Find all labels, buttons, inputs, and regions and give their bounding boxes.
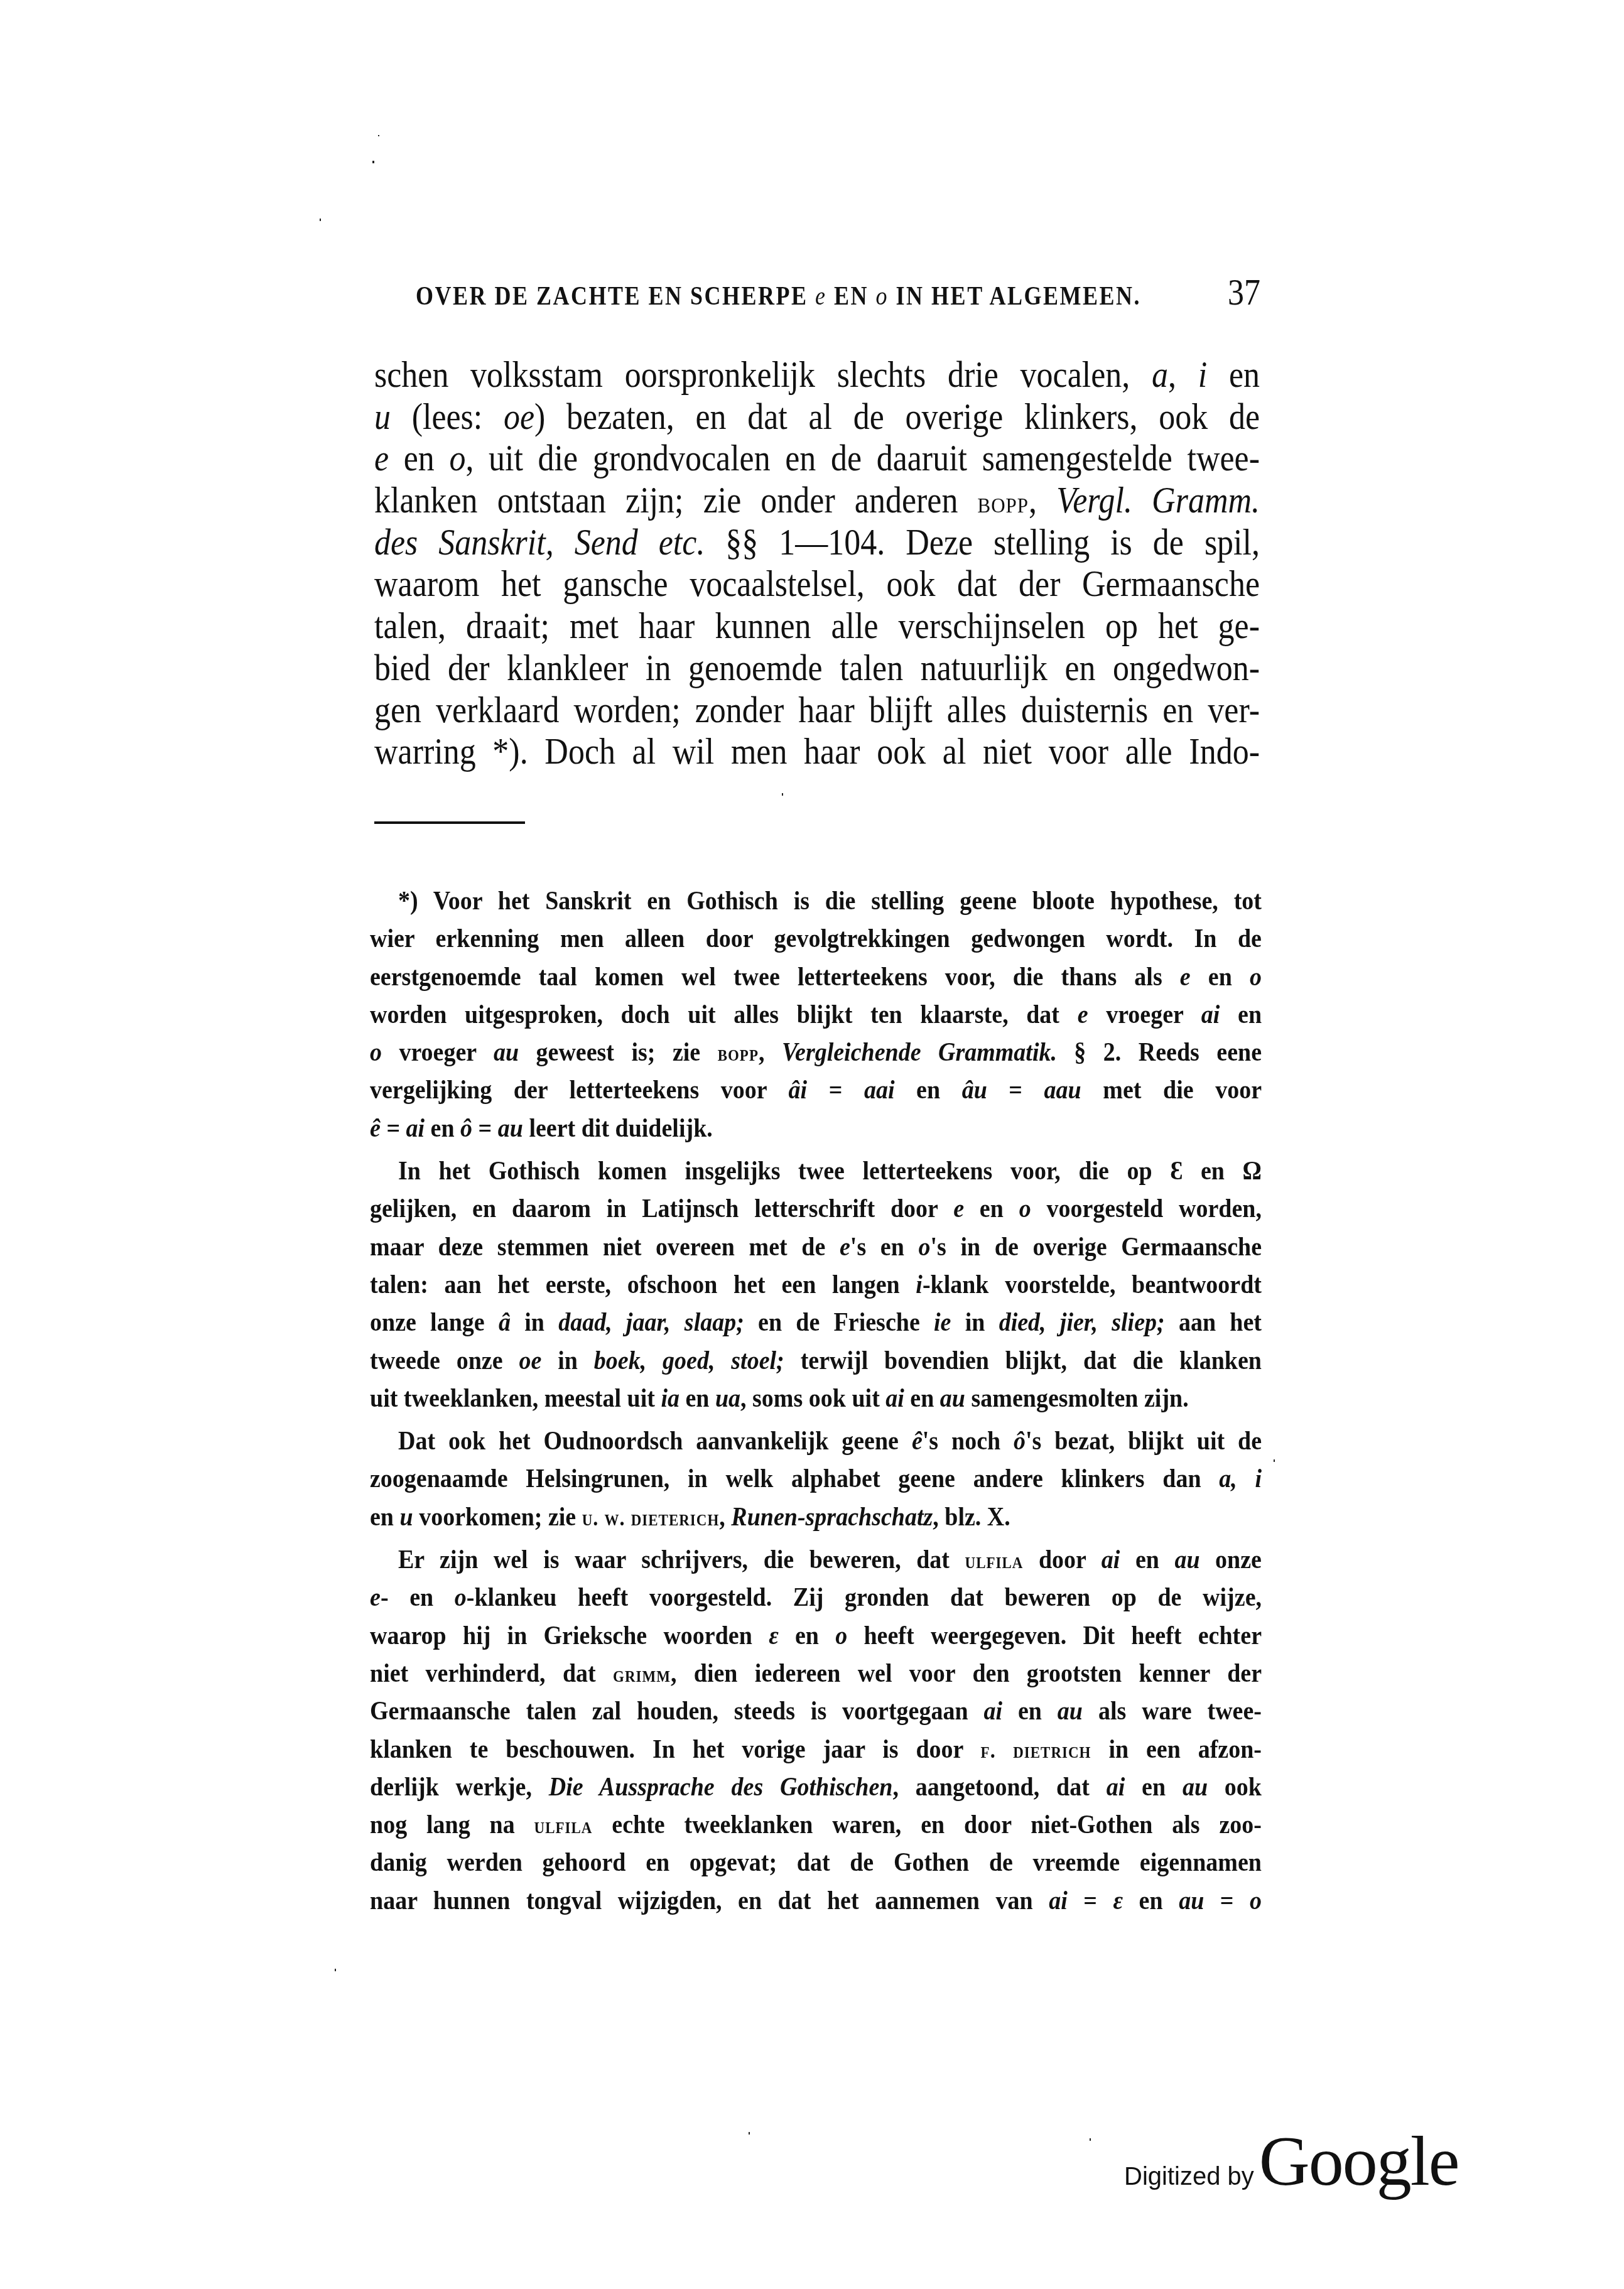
italic-run: ê xyxy=(370,1113,381,1143)
italic-run: a, i xyxy=(1219,1464,1262,1494)
footnote-line: onze lange â in daad, jaar, slaap; en de… xyxy=(370,1302,1262,1345)
text-run: uit tweeklanken, meestal uit xyxy=(370,1383,661,1413)
running-head-title-part: OVER DE ZACHTE EN SCHERPE xyxy=(416,281,815,310)
text-run: in xyxy=(951,1308,999,1338)
text-run: nog lang na xyxy=(370,1810,534,1840)
main-body-text: schen volksstam oorspronkelijk slechts d… xyxy=(374,355,1260,774)
footnote-line: naar hunnen tongval wijzigden, en dat he… xyxy=(370,1880,1262,1922)
italic-run: ai xyxy=(1049,1886,1068,1915)
scan-speck xyxy=(335,1969,336,1971)
text-run: zoogenaamde Helsingrunen, in welk alphab… xyxy=(370,1464,1219,1494)
text-run: en xyxy=(389,439,449,479)
text-run: onze xyxy=(1200,1545,1262,1575)
text-run: geweest is; zie xyxy=(519,1038,718,1068)
text-run: in een afzon- xyxy=(1091,1734,1262,1764)
italic-run: au xyxy=(1174,1545,1199,1575)
text-run: klanken ontstaan zijn; zie onder anderen xyxy=(374,481,978,521)
body-text-line: des Sanskrit, Send etc. §§ 1—104. Deze s… xyxy=(374,520,1260,567)
text-run: leert dit duidelijk. xyxy=(523,1113,713,1143)
footnote-line: vergelijking der letterteekens voor âi =… xyxy=(370,1069,1262,1112)
text-run: = xyxy=(987,1076,1044,1105)
italic-run: i xyxy=(1198,355,1207,395)
italic-run: o xyxy=(455,1583,467,1613)
text-run: -klank voorstelde, beantwoordt xyxy=(923,1270,1262,1299)
text-run: in xyxy=(541,1346,593,1375)
small-caps-name: bopp xyxy=(718,1041,759,1066)
text-run: , dien iedereen wel voor den grootsten k… xyxy=(671,1659,1262,1688)
google-logo-wordmark: Google xyxy=(1259,2121,1459,2202)
italic-run: âu xyxy=(962,1076,987,1105)
footnote-line: worden uitgesproken, doch uit alles blij… xyxy=(370,993,1262,1036)
italic-run: au xyxy=(498,1113,523,1143)
italic-run: ai xyxy=(1102,1545,1120,1575)
text-run: 's bezat, blijkt uit de xyxy=(1026,1427,1262,1456)
italic-run: ai xyxy=(885,1383,904,1413)
footnote-line: Er zijn wel is waar schrijvers, die bewe… xyxy=(370,1539,1262,1581)
small-caps-name: bopp xyxy=(978,485,1029,519)
digitized-by-label: Digitized by xyxy=(1124,2163,1254,2191)
footnote-line: talen: aan het eerste, ofschoon het een … xyxy=(370,1264,1262,1306)
italic-run: ô xyxy=(460,1113,472,1143)
text-run: = xyxy=(381,1113,406,1143)
text-run: en xyxy=(679,1383,715,1413)
italic-run: au xyxy=(1058,1697,1083,1726)
footnote-line: eerstgenoemde taal komen wel twee letter… xyxy=(370,956,1262,998)
scan-speck xyxy=(378,135,379,136)
text-run: klanken te beschouwen. In het vorige jaa… xyxy=(370,1734,981,1764)
text-run: onze lange xyxy=(370,1308,499,1338)
italic-run: e xyxy=(370,1583,381,1613)
body-text-line: talen, draait; met haar kunnen alle vers… xyxy=(374,603,1260,651)
scan-speck xyxy=(1274,1459,1275,1462)
footnotes: *) Voor het Sanskrit en Gothisch is die … xyxy=(370,882,1262,1920)
text-run: danig werden gehoord en opgevat; dat de … xyxy=(370,1848,1262,1878)
footnote-line: In het Gothisch komen insgelijks twee le… xyxy=(370,1150,1262,1193)
italic-run: Vergl. Gramm. xyxy=(1056,481,1260,521)
footnote-separator-rule xyxy=(374,821,525,824)
text-run: en xyxy=(779,1621,836,1650)
italic-run: ia xyxy=(661,1383,679,1413)
scanned-book-page: OVER DE ZACHTE EN SCHERPE e EN o IN HET … xyxy=(0,0,1624,2289)
small-caps-name: grimm xyxy=(613,1662,671,1687)
running-head: OVER DE ZACHTE EN SCHERPE e EN o IN HET … xyxy=(416,271,1260,322)
footnote-line: derlijk werkje, Die Aussprache des Gothi… xyxy=(370,1766,1262,1809)
footnote-line: niet verhinderd, dat grimm, dien iederee… xyxy=(370,1652,1262,1695)
italic-run: o xyxy=(1019,1194,1031,1224)
text-run: (lees: xyxy=(391,397,504,437)
text-run: en xyxy=(425,1113,460,1143)
italic-run: e xyxy=(374,439,389,479)
text-run: , xyxy=(719,1502,731,1532)
text-run: naar hunnen tongval wijzigden, en dat he… xyxy=(370,1886,1049,1915)
italic-run: o xyxy=(370,1038,382,1068)
text-run: 's noch xyxy=(923,1427,1014,1456)
footnote-line: nog lang na ulfila echte tweeklanken war… xyxy=(370,1804,1262,1847)
text-run: gen verklaard worden; zonder haar blijft… xyxy=(374,690,1260,730)
small-caps-name: ulfila xyxy=(965,1548,1024,1573)
footnote-line: e- en o-klankeu heeft voorgesteld. Zij g… xyxy=(370,1577,1262,1620)
text-run: schen volksstam oorspronkelijk slechts d… xyxy=(374,355,1152,395)
text-run: waarop hij in Grieksche woorden xyxy=(370,1621,769,1650)
text-run: tweede onze xyxy=(370,1346,519,1375)
text-run: vroeger xyxy=(1088,1000,1201,1029)
body-text-line: u (lees: oe) bezaten, en dat al de overi… xyxy=(374,394,1260,441)
text-run: § 2. Reeds eene xyxy=(1057,1038,1262,1068)
footnote-line: klanken te beschouwen. In het vorige jaa… xyxy=(370,1728,1262,1771)
text-run: , xyxy=(1168,355,1198,395)
italic-run: ai xyxy=(1107,1772,1125,1802)
footnote-line: wier erkenning men alleen door gevolgtre… xyxy=(370,918,1262,961)
text-run: worden uitgesproken, doch uit alles blij… xyxy=(370,1000,1078,1029)
body-text-line: warring *). Doch al wil men haar ook al … xyxy=(374,729,1260,776)
text-run: = xyxy=(472,1113,498,1143)
running-head-italic-o: o xyxy=(876,281,889,310)
small-caps-name: f. dietrich xyxy=(981,1737,1091,1762)
text-run: talen, draait; met haar kunnen alle vers… xyxy=(374,607,1260,647)
text-run: vroeger xyxy=(382,1038,494,1068)
text-run: , blz. X. xyxy=(933,1502,1010,1532)
italic-run: oe xyxy=(519,1346,541,1375)
text-run: talen: aan het eerste, ofschoon het een … xyxy=(370,1270,916,1299)
text-run: eerstgenoemde taal komen wel twee letter… xyxy=(370,962,1180,992)
text-run: terwijl bovendien blijkt, dat die klanke… xyxy=(784,1346,1262,1375)
text-run: en xyxy=(1002,1697,1058,1726)
text-run: maar deze stemmen niet overeen met de xyxy=(370,1232,840,1262)
italic-run: died, jier, sliep; xyxy=(999,1308,1165,1338)
italic-run: au xyxy=(494,1038,519,1068)
footnote-line: waarop hij in Grieksche woorden ε en ο h… xyxy=(370,1615,1262,1657)
text-run: en de Friesche xyxy=(744,1308,934,1338)
italic-run: e xyxy=(1078,1000,1088,1029)
italic-run: aai xyxy=(864,1076,895,1105)
footnote-line: o vroeger au geweest is; zie bopp, Vergl… xyxy=(370,1032,1262,1074)
italic-run: ai xyxy=(406,1113,425,1143)
text-run: en xyxy=(904,1383,940,1413)
text-run: door xyxy=(1023,1545,1101,1575)
italic-run: o xyxy=(1250,962,1262,992)
text-run: gelijken, en daarom in Latijnsch letters… xyxy=(370,1194,953,1224)
text-run: , soms ook uit xyxy=(740,1383,885,1413)
italic-run: Vergleichende Grammatik. xyxy=(782,1038,1057,1068)
text-run: *) Voor het Sanskrit en Gothisch is die … xyxy=(398,886,1262,916)
footnote-line: uit tweeklanken, meestal uit ia en ua, s… xyxy=(370,1377,1262,1420)
text-run: en xyxy=(964,1194,1019,1224)
text-run: en xyxy=(895,1076,962,1105)
italic-run: e xyxy=(1180,962,1191,992)
italic-run: au xyxy=(940,1383,965,1413)
footnote-line: danig werden gehoord en opgevat; dat de … xyxy=(370,1842,1262,1885)
text-run: Germaansche talen zal houden, steeds is … xyxy=(370,1697,984,1726)
text-run: en xyxy=(1125,1772,1183,1802)
text-run: samengesmolten zijn. xyxy=(965,1383,1189,1413)
text-run: Dat ook het Oudnoordsch aanvankelijk gee… xyxy=(398,1427,912,1456)
text-run: - en xyxy=(381,1583,455,1613)
text-run: heeft weergegeven. Dit heeft echter xyxy=(847,1621,1262,1650)
italic-run: au xyxy=(1183,1772,1208,1802)
italic-run: a xyxy=(1152,355,1168,395)
text-run: waarom het gansche vocaalstelsel, ook da… xyxy=(374,565,1260,605)
body-text-line: waarom het gansche vocaalstelsel, ook da… xyxy=(374,561,1260,609)
italic-run: i xyxy=(916,1270,923,1299)
italic-run: o xyxy=(449,439,465,479)
text-run: wier erkenning men alleen door gevolgtre… xyxy=(370,924,1262,954)
footnote-line: zoogenaamde Helsingrunen, in welk alphab… xyxy=(370,1458,1262,1501)
italic-run: u xyxy=(374,397,391,437)
italic-run: au xyxy=(1179,1886,1204,1915)
text-run: §§ 1—104. Deze stelling is de spil, xyxy=(705,522,1260,563)
text-run: , uit die grondvocalen en de daaruit sam… xyxy=(465,439,1260,479)
running-head-title: OVER DE ZACHTE EN SCHERPE e EN o IN HET … xyxy=(416,281,1141,311)
small-caps-name: ulfila xyxy=(534,1813,593,1838)
italic-run: e xyxy=(953,1194,964,1224)
italic-run: u xyxy=(400,1502,413,1532)
footnote-line: *) Voor het Sanskrit en Gothisch is die … xyxy=(370,880,1262,923)
google-digitized-watermark: Digitized by Google xyxy=(1124,2121,1458,2197)
text-run: en xyxy=(1220,1000,1262,1029)
italic-run: ie xyxy=(934,1308,951,1338)
italic-run: boek, goed, stoel; xyxy=(594,1346,784,1375)
running-head-title-part: IN HET ALGEMEEN. xyxy=(889,281,1141,310)
text-run: en xyxy=(1120,1545,1174,1575)
text-run: als ware twee- xyxy=(1083,1697,1262,1726)
text-run: en xyxy=(370,1502,400,1532)
body-text-line: klanken ontstaan zijn; zie onder anderen… xyxy=(374,478,1260,525)
body-text-line: e en o, uit die grondvocalen en de daaru… xyxy=(374,436,1260,483)
text-run: bied der klankleer in genoemde talen nat… xyxy=(374,648,1260,688)
italic-run: ai xyxy=(1201,1000,1220,1029)
text-run: voorkomen; zie xyxy=(413,1502,582,1532)
italic-run: ε xyxy=(1113,1886,1123,1915)
footnote-line: Germaansche talen zal houden, steeds is … xyxy=(370,1691,1262,1733)
text-run: ook xyxy=(1208,1772,1262,1802)
text-run: vergelijking der letterteekens voor xyxy=(370,1076,789,1105)
italic-run: ai xyxy=(984,1697,1003,1726)
italic-run: daad, jaar, slaap; xyxy=(558,1308,744,1338)
text-run: echte tweeklanken waren, en door niet-Go… xyxy=(592,1810,1262,1840)
italic-run: ο xyxy=(835,1621,847,1650)
scan-speck xyxy=(1090,2138,1091,2141)
text-run: voorgesteld worden, xyxy=(1031,1194,1262,1224)
page-number: 37 xyxy=(1228,271,1260,314)
italic-run: âi xyxy=(789,1076,808,1105)
text-run: In het Gothisch komen insgelijks twee le… xyxy=(398,1157,1262,1186)
italic-run: oe xyxy=(504,397,534,437)
italic-run: o xyxy=(919,1232,931,1262)
text-run: en xyxy=(1207,355,1260,395)
text-run: 's en xyxy=(850,1232,919,1262)
text-run: derlijk werkje, xyxy=(370,1772,549,1802)
text-run: met die voor xyxy=(1081,1076,1262,1105)
body-text-line: gen verklaard worden; zonder haar blijft… xyxy=(374,687,1260,734)
italic-run: â xyxy=(499,1308,511,1338)
running-head-title-part: EN xyxy=(827,281,876,310)
footnote-line: ê = ai en ô = au leert dit duidelijk. xyxy=(370,1107,1262,1150)
italic-run: ua xyxy=(715,1383,740,1413)
scan-speck xyxy=(320,219,321,221)
italic-run: o xyxy=(1250,1886,1262,1915)
text-run: = xyxy=(807,1076,864,1105)
text-run: Er zijn wel is waar schrijvers, die bewe… xyxy=(398,1545,965,1575)
scan-speck xyxy=(372,161,374,163)
text-run: , xyxy=(759,1038,782,1068)
text-run: aan het xyxy=(1165,1308,1262,1338)
text-run: niet verhinderd, dat xyxy=(370,1659,613,1688)
body-text-line: schen volksstam oorspronkelijk slechts d… xyxy=(374,352,1260,399)
italic-run: Runen-sprachschatz xyxy=(731,1502,933,1532)
footnote-line: Dat ook het Oudnoordsch aanvankelijk gee… xyxy=(370,1420,1262,1463)
text-run: en xyxy=(1123,1886,1179,1915)
italic-run: des Sanskrit, Send etc. xyxy=(374,522,705,563)
italic-run: aau xyxy=(1044,1076,1081,1105)
text-run: = xyxy=(1204,1886,1250,1915)
text-run: , aangetoond, dat xyxy=(893,1772,1107,1802)
text-run: , xyxy=(1029,481,1056,521)
italic-run: Die Aussprache des Gothischen xyxy=(549,1772,893,1802)
scan-speck xyxy=(749,2132,750,2135)
text-run: -klankeu heeft voorgesteld. Zij gronden … xyxy=(467,1583,1262,1613)
text-run: warring *). Doch al wil men haar ook al … xyxy=(374,732,1260,772)
italic-run: ε xyxy=(769,1621,779,1650)
footnote-line: maar deze stemmen niet overeen met de e'… xyxy=(370,1226,1262,1269)
running-head-italic-e: e xyxy=(815,281,826,310)
body-text-line: bied der klankleer in genoemde talen nat… xyxy=(374,646,1260,693)
text-run: = xyxy=(1068,1886,1113,1915)
italic-run: ô xyxy=(1014,1427,1026,1456)
text-run: en xyxy=(1191,962,1250,992)
text-run: 's in de overige Germaansche xyxy=(931,1232,1262,1262)
text-run: in xyxy=(511,1308,558,1338)
footnote-line: en u voorkomen; zie u. w. dieterich, Run… xyxy=(370,1496,1262,1539)
italic-run: e xyxy=(840,1232,850,1262)
footnote-line: tweede onze oe in boek, goed, stoel; ter… xyxy=(370,1339,1262,1382)
italic-run: ê xyxy=(912,1427,923,1456)
text-run: ) bezaten, en dat al de overige klinkers… xyxy=(534,397,1260,437)
footnote-line: gelijken, en daarom in Latijnsch letters… xyxy=(370,1188,1262,1231)
scan-speck xyxy=(782,793,783,796)
small-caps-name: u. w. dieterich xyxy=(582,1505,720,1530)
